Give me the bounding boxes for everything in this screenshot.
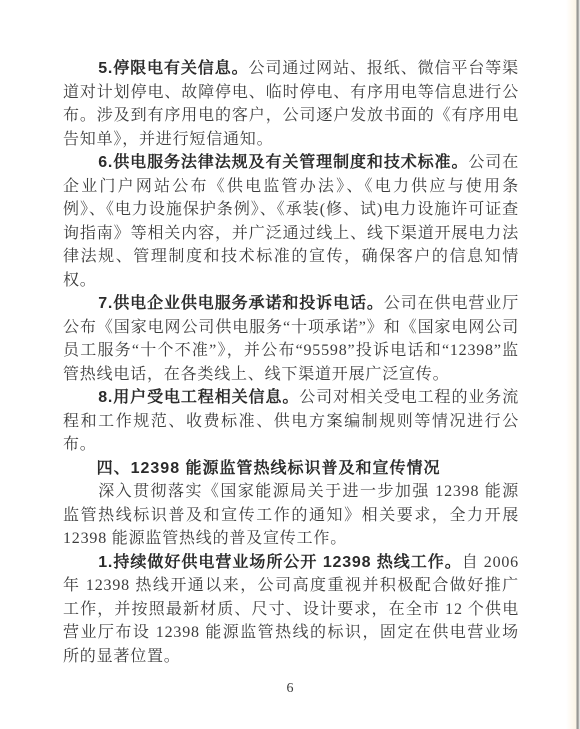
paragraph-5: 5.停限电有关信息。公司通过网站、报纸、微信平台等渠道对计划停电、故障停电、临时… [63,57,519,151]
sub-paragraph-1: 1.持续做好供电营业场所公开 12398 热线工作。自 2006 年 12398… [63,551,519,669]
scan-edge-line [566,0,580,729]
paragraph-6-text: 公司在企业门户网站公布《供电监管办法》、《电力供应与使用条例》、《电力设施保护条… [63,154,519,289]
paragraph-7: 7.供电企业供电服务承诺和投诉电话。公司在供电营业厅公布《国家电网公司供电服务“… [63,292,519,386]
paragraph-6: 6.供电服务法律法规及有关管理制度和技术标准。公司在企业门户网站公布《供电监管办… [63,151,519,292]
section-intro: 深入贯彻落实《国家能源局关于进一步加强 12398 能源监管热线标识普及和宣传工… [63,480,519,551]
paragraph-6-lead: 6.供电服务法律法规及有关管理制度和技术标准。 [98,154,468,171]
paragraph-8: 8.用户受电工程相关信息。公司对相关受电工程的业务流程和工作规范、收费标准、供电… [63,386,519,457]
paragraph-5-lead: 5.停限电有关信息。 [98,60,248,77]
page-number: 6 [0,681,580,697]
sub-paragraph-1-lead: 1.持续做好供电营业场所公开 12398 热线工作。 [98,554,462,571]
document-body: 5.停限电有关信息。公司通过网站、报纸、微信平台等渠道对计划停电、故障停电、临时… [63,57,519,668]
document-page: 5.停限电有关信息。公司通过网站、报纸、微信平台等渠道对计划停电、故障停电、临时… [0,0,580,729]
paragraph-8-lead: 8.用户受电工程相关信息。 [98,389,299,406]
section-heading: 四、12398 能源监管热线标识普及和宣传情况 [63,457,519,481]
paragraph-7-lead: 7.供电企业供电服务承诺和投诉电话。 [98,295,384,312]
